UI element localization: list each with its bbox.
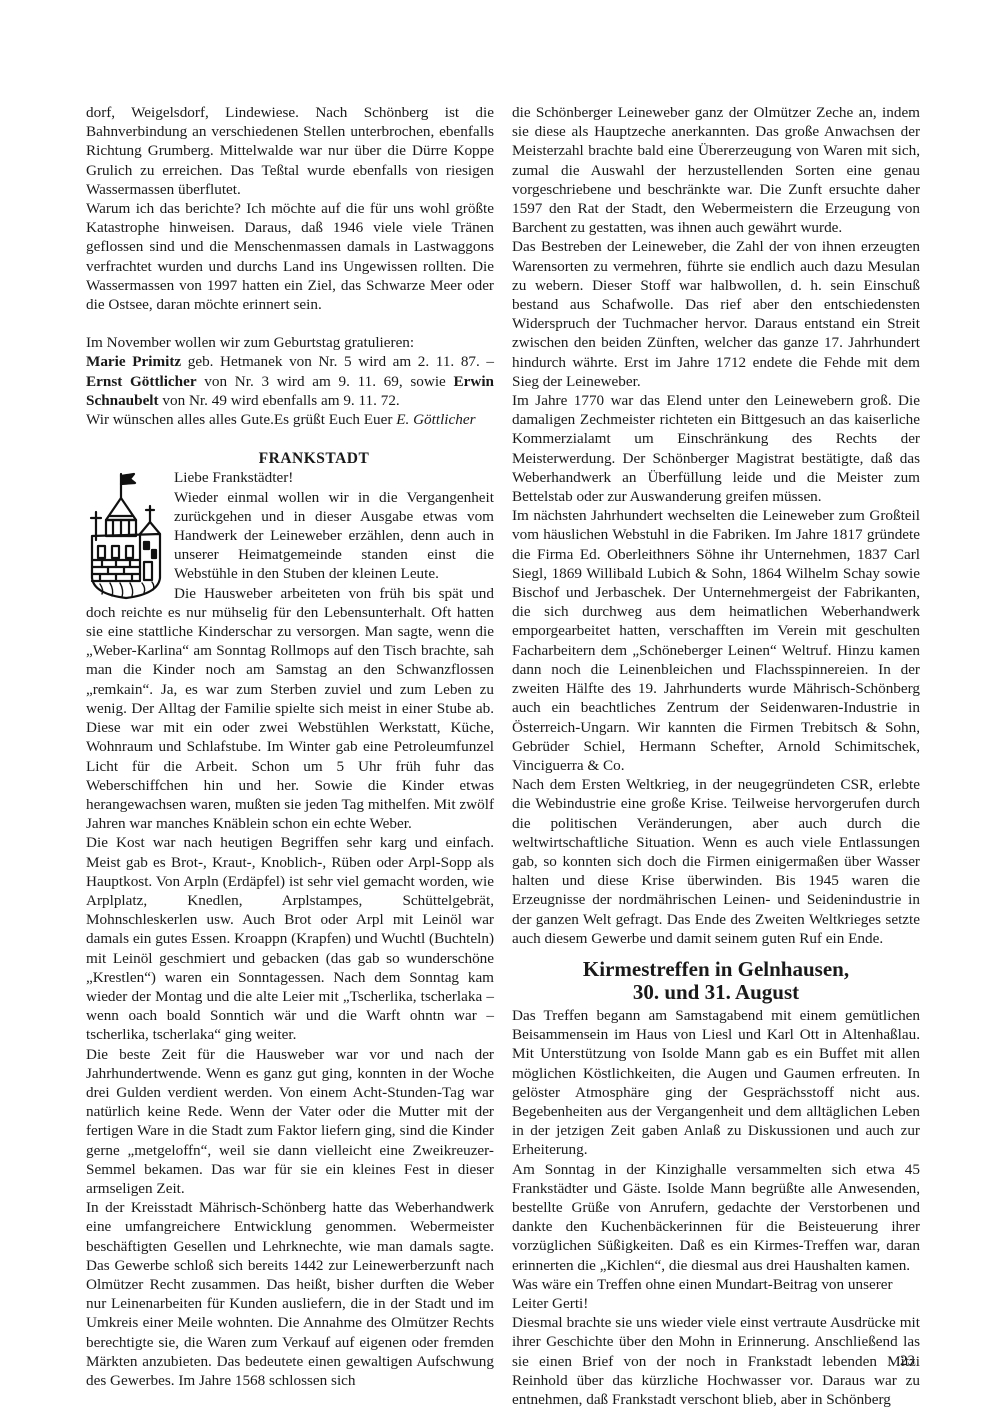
paragraph: Die Hausweber arbeiteten von früh bis sp…	[86, 584, 494, 834]
paragraph: Die Kost war nach heutigen Begriffen seh…	[86, 833, 494, 1044]
page-number: 23	[900, 1352, 915, 1371]
paragraph: Am Sonntag in der Kinzighalle versammelt…	[512, 1160, 920, 1275]
section-heading-kirmestreffen: Kirmestreffen in Gelnhausen, 30. und 31.…	[512, 958, 920, 1004]
birthday-section: Im November wollen wir zum Geburtstag gr…	[86, 333, 494, 429]
birthday-closing: Wir wünschen alles alles Gute.Es grüßt E…	[86, 410, 494, 429]
section-heading-frankstadt: FRANKSTADT	[86, 449, 494, 468]
newsletter-page: dorf, Weigelsdorf, Lindewiese. Nach Schö…	[0, 0, 1000, 1412]
signature: E. Göttlicher	[396, 411, 475, 428]
paragraph: Warum ich das berichte? Ich möchte auf d…	[86, 199, 494, 314]
paragraph: Was wäre ein Treffen ohne einen Mundart-…	[512, 1275, 920, 1313]
left-column: dorf, Weigelsdorf, Lindewiese. Nach Schö…	[86, 103, 494, 1390]
frankstadt-section: Liebe Frankstädter! Wieder einmal wollen…	[86, 468, 494, 1390]
paragraph: Die beste Zeit für die Hausweber war vor…	[86, 1045, 494, 1199]
person-name: Ernst Göttlicher	[86, 373, 197, 390]
person-name: Marie Primitz	[86, 353, 181, 370]
paragraph: In der Kreisstadt Mährisch-Schönberg hat…	[86, 1198, 494, 1390]
birthday-list: Marie Primitz geb. Hetmanek von Nr. 5 wi…	[86, 352, 494, 410]
paragraph: Das Treffen begann am Samstagabend mit e…	[512, 1006, 920, 1160]
paragraph: Im Jahre 1770 war das Elend unter den Le…	[512, 391, 920, 506]
paragraph: Nach dem Ersten Weltkrieg, in der neugeg…	[512, 775, 920, 948]
paragraph: Im nächsten Jahrhundert wechselten die L…	[512, 506, 920, 775]
paragraph: Das Bestreben der Leineweber, die Zahl d…	[512, 237, 920, 391]
birthday-intro: Im November wollen wir zum Geburtstag gr…	[86, 333, 494, 352]
paragraph: dorf, Weigelsdorf, Lindewiese. Nach Schö…	[86, 103, 494, 199]
castle-coat-of-arms-icon	[86, 470, 166, 600]
paragraph: Diesmal brachte sie uns wieder viele ein…	[512, 1313, 920, 1409]
right-column: die Schönberger Leineweber ganz der Olmü…	[512, 103, 920, 1409]
paragraph: die Schönberger Leineweber ganz der Olmü…	[512, 103, 920, 237]
